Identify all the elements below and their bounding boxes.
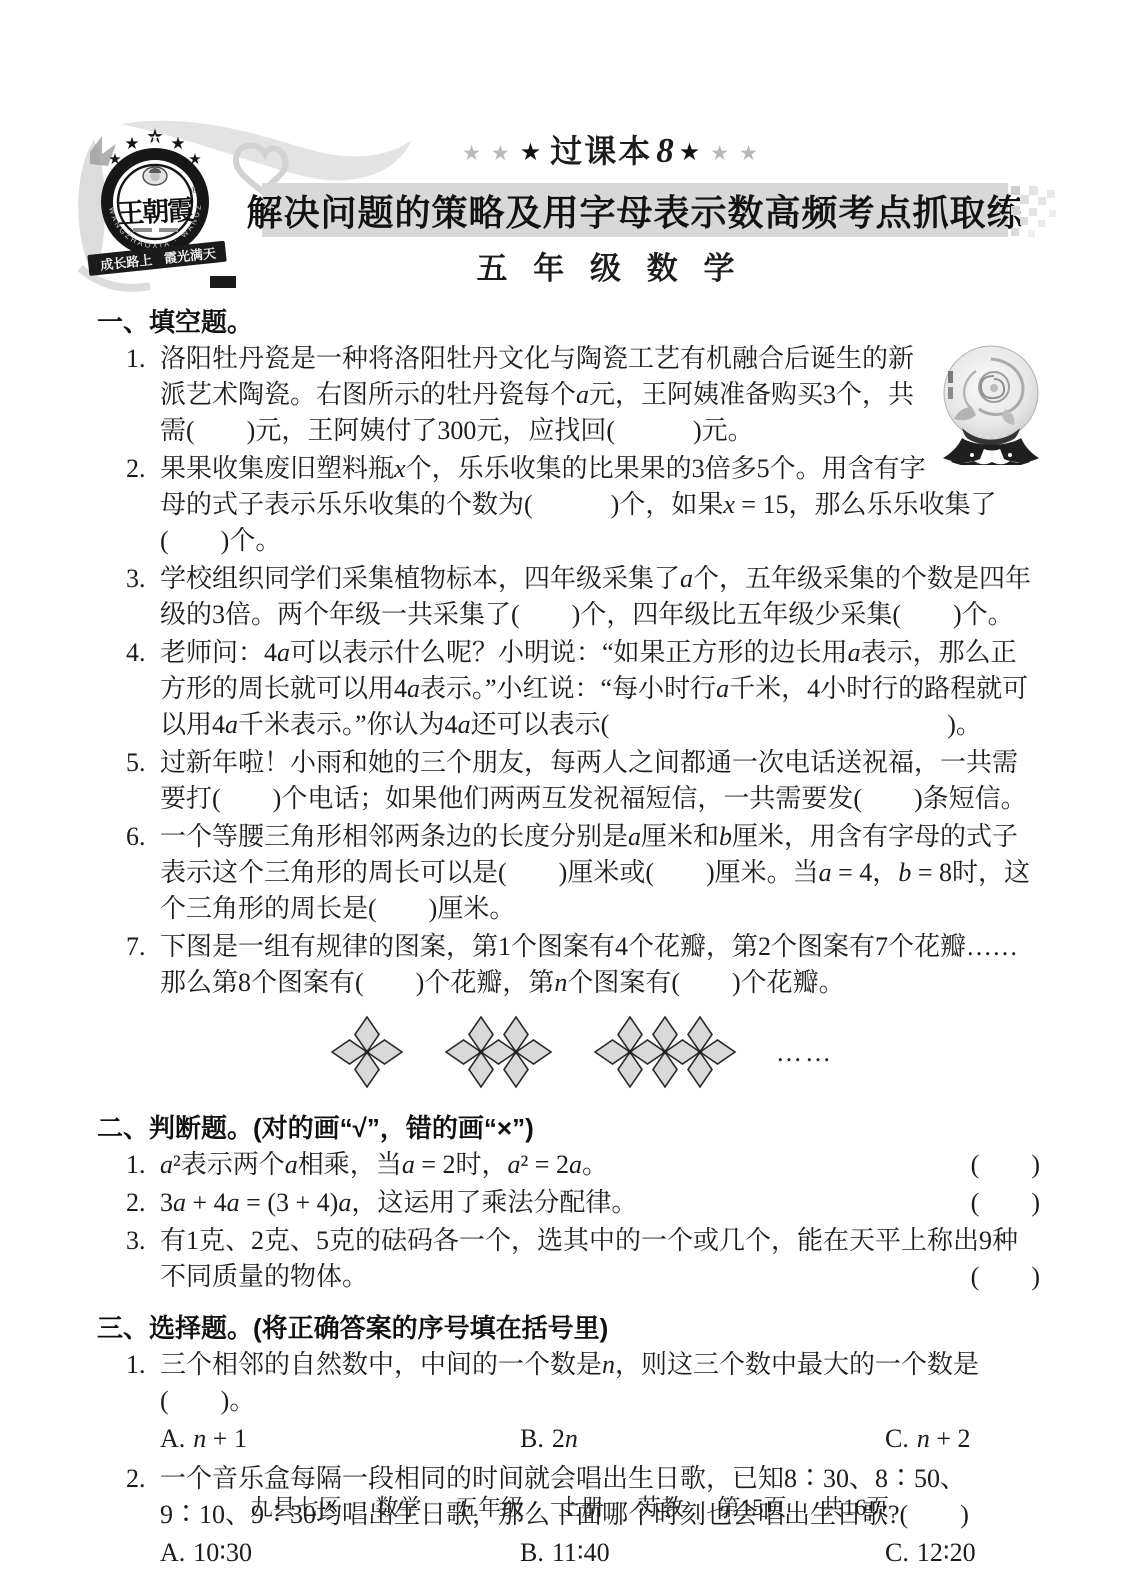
- answer-bracket: ( ): [971, 1259, 1040, 1295]
- choice-question-1: 1. 三个相邻的自然数中，中间的一个数是n，则这三个数中最大的一个数是( )。: [97, 1347, 1042, 1419]
- section-title: 一、填空题。: [97, 303, 1042, 341]
- question-number: 4.: [126, 635, 146, 671]
- option-label: A.: [160, 1538, 185, 1567]
- footer-page-number: 第15页: [718, 1495, 787, 1520]
- option-text: 10∶30: [193, 1538, 252, 1567]
- option-label: C.: [885, 1538, 909, 1567]
- option-label: B.: [520, 1424, 544, 1453]
- lesson-heading: ★★★过课本8★★★: [170, 126, 1050, 172]
- worksheet-body: 一、填空题。 1.: [97, 303, 1042, 1575]
- option-a: A.10∶30: [160, 1535, 520, 1571]
- star-icon: ★: [124, 134, 139, 153]
- option-label: B.: [520, 1538, 544, 1567]
- section-fill-in-blanks: 一、填空题。 1.: [97, 303, 1042, 1095]
- star-icon: ★: [710, 141, 729, 165]
- option-text: 2n: [552, 1424, 578, 1453]
- star-icon: ★: [151, 133, 160, 144]
- answer-bracket: ( ): [971, 1147, 1040, 1183]
- footer-total-pages: 共16页: [820, 1495, 889, 1520]
- star-icon: ★: [520, 140, 542, 166]
- question-text: 洛阳牡丹瓷是一种将洛阳牡丹文化与陶瓷工艺有机融合后诞生的新派艺术陶瓷。右图所示的…: [160, 344, 914, 445]
- flower-pattern-2: [443, 1011, 554, 1095]
- choice-options-2: A.10∶30 B.11∶40 C.12∶20: [97, 1535, 1042, 1571]
- question-text: 3a + 4a = (3 + 4)a，这运用了乘法分配律。: [160, 1188, 637, 1217]
- judge-question-2: 2. 3a + 4a = (3 + 4)a，这运用了乘法分配律。 ( ): [97, 1185, 1042, 1221]
- banner-title: 解决问题的策略及用字母表示数高频考点抓取练: [262, 183, 1008, 237]
- registered-mark: ®: [191, 185, 198, 195]
- flower-ellipsis: ……: [776, 1035, 834, 1071]
- tagline-mark: [159, 228, 178, 232]
- option-label: C.: [885, 1424, 909, 1453]
- calligraphy-mark: [948, 387, 953, 399]
- footer-volume: 上册: [558, 1495, 604, 1520]
- question-text: a²表示两个a相乘，当a = 2时，a² = 2a。: [160, 1150, 608, 1179]
- star-icon: ★: [108, 151, 121, 168]
- question-number: 3.: [126, 1223, 146, 1259]
- choice-options-1: A.n + 1 B.2n C.n + 2: [97, 1421, 1042, 1457]
- star-icon: ★: [462, 141, 481, 165]
- fill-question-6: 6. 一个等腰三角形相邻两条边的长度分别是a厘米和b厘米，用含有字母的式子表示这…: [97, 819, 1042, 927]
- question-number: 6.: [126, 819, 146, 855]
- question-text: 一个等腰三角形相邻两条边的长度分别是a厘米和b厘米，用含有字母的式子表示这个三角…: [160, 822, 1030, 923]
- section-title: 二、判断题。(对的画“√”，错的画“×”): [97, 1109, 1042, 1147]
- tagline-mark: [133, 228, 152, 232]
- option-c: C.n + 2: [885, 1421, 1042, 1457]
- question-number: 7.: [126, 929, 146, 965]
- worksheet-page: WANGZHAOXIA · WANGZHAOXIA ★ ★ ★ ★ ★ ★ 王朝…: [0, 0, 1139, 1582]
- question-number: 1.: [126, 1347, 146, 1383]
- option-b: B.11∶40: [520, 1535, 885, 1571]
- question-text: 老师问：4a可以表示什么呢？小明说：“如果正方形的边长用a表示，那么正方形的周长…: [160, 638, 1028, 739]
- option-text: n + 2: [917, 1424, 971, 1453]
- answer-bracket: ( ): [971, 1185, 1040, 1221]
- flower-pattern-3: [592, 1011, 738, 1095]
- lesson-title: 过课本: [550, 133, 652, 169]
- flower-pattern-1: [329, 1011, 405, 1095]
- fill-question-1: 1.: [97, 341, 1042, 449]
- question-number: 1.: [126, 1147, 146, 1183]
- checker-decoration: [1009, 184, 1069, 242]
- option-c: C.12∶20: [885, 1535, 1042, 1571]
- peony-center: [990, 384, 998, 392]
- option-b: B.2n: [520, 1421, 885, 1457]
- option-text: n + 1: [193, 1424, 247, 1453]
- footer-region: 九县七区: [250, 1495, 342, 1520]
- brand-name: 王朝霞: [117, 195, 195, 229]
- question-text: 三个相邻的自然数中，中间的一个数是n，则这三个数中最大的一个数是( )。: [160, 1350, 979, 1415]
- calligraphy-mark: [948, 371, 953, 383]
- question-number: 5.: [126, 745, 146, 781]
- question-number: 3.: [126, 561, 146, 597]
- judge-question-1: 1. a²表示两个a相乘，当a = 2时，a² = 2a。 ( ): [97, 1147, 1042, 1183]
- footer-edition: 苏教: [638, 1495, 684, 1520]
- fill-question-5: 5. 过新年啦！小雨和她的三个朋友，每两人之间都通一次电话送祝福，一共需要打( …: [97, 745, 1042, 817]
- fill-question-7: 7. 下图是一组有规律的图案，第1个图案有4个花瓣，第2个图案有7个花瓣……那么…: [97, 929, 1042, 1001]
- fill-question-3: 3. 学校组织同学们采集植物标本，四年级采集了a个，五年级采集的个数是四年级的3…: [97, 561, 1042, 633]
- lesson-number: 8: [656, 131, 674, 170]
- flower-figure: ……: [329, 1011, 1042, 1095]
- question-text: 有1克、2克、5克的砝码各一个，选其中的一个或几个，能在天平上称出9种不同质量的…: [160, 1226, 1018, 1291]
- section-true-false: 二、判断题。(对的画“√”，错的画“×”) 1. a²表示两个a相乘，当a = …: [97, 1109, 1042, 1295]
- fill-question-4: 4. 老师问：4a可以表示什么呢？小明说：“如果正方形的边长用a表示，那么正方形…: [97, 635, 1042, 743]
- option-label: A.: [160, 1424, 185, 1453]
- question-text: 下图是一组有规律的图案，第1个图案有4个花瓣，第2个图案有7个花瓣……那么第8个…: [160, 932, 1018, 997]
- question-number: 1.: [126, 341, 146, 377]
- question-text: 学校组织同学们采集植物标本，四年级采集了a个，五年级采集的个数是四年级的3倍。两…: [160, 564, 1031, 629]
- star-icon: ★: [491, 141, 510, 165]
- question-text: 过新年啦！小雨和她的三个朋友，每两人之间都通一次电话送祝福，一共需要打( )个电…: [160, 748, 1027, 813]
- section-multiple-choice: 三、选择题。(将正确答案的序号填在括号里) 1. 三个相邻的自然数中，中间的一个…: [97, 1309, 1042, 1571]
- option-text: 12∶20: [917, 1538, 976, 1567]
- question-number: 2.: [126, 1185, 146, 1221]
- footer-subject: 数学: [376, 1495, 422, 1520]
- page-footer: 九县七区 数学 五年级 上册 苏教 第15页 共16页: [0, 1489, 1139, 1522]
- section-title: 三、选择题。(将正确答案的序号填在括号里): [97, 1309, 1042, 1347]
- judge-question-3: 3. 有1克、2克、5克的砝码各一个，选其中的一个或几个，能在天平上称出9种不同…: [97, 1223, 1042, 1295]
- star-icon: ★: [679, 140, 701, 166]
- page-subtitle: 五 年 级 数 学: [170, 243, 1050, 288]
- footer-grade: 五年级: [455, 1495, 524, 1520]
- star-icon: ★: [739, 141, 758, 165]
- question-number: 2.: [126, 451, 146, 487]
- fill-question-2: 2. 果果收集废旧塑料瓶x个，乐乐收集的比果果的3倍多5个。用含有字母的式子表示…: [97, 451, 1042, 559]
- option-a: A.n + 1: [160, 1421, 520, 1457]
- question-text: 果果收集废旧塑料瓶x个，乐乐收集的比果果的3倍多5个。用含有字母的式子表示乐乐收…: [160, 454, 997, 555]
- peony-porcelain-image: [938, 343, 1042, 465]
- option-text: 11∶40: [552, 1538, 610, 1567]
